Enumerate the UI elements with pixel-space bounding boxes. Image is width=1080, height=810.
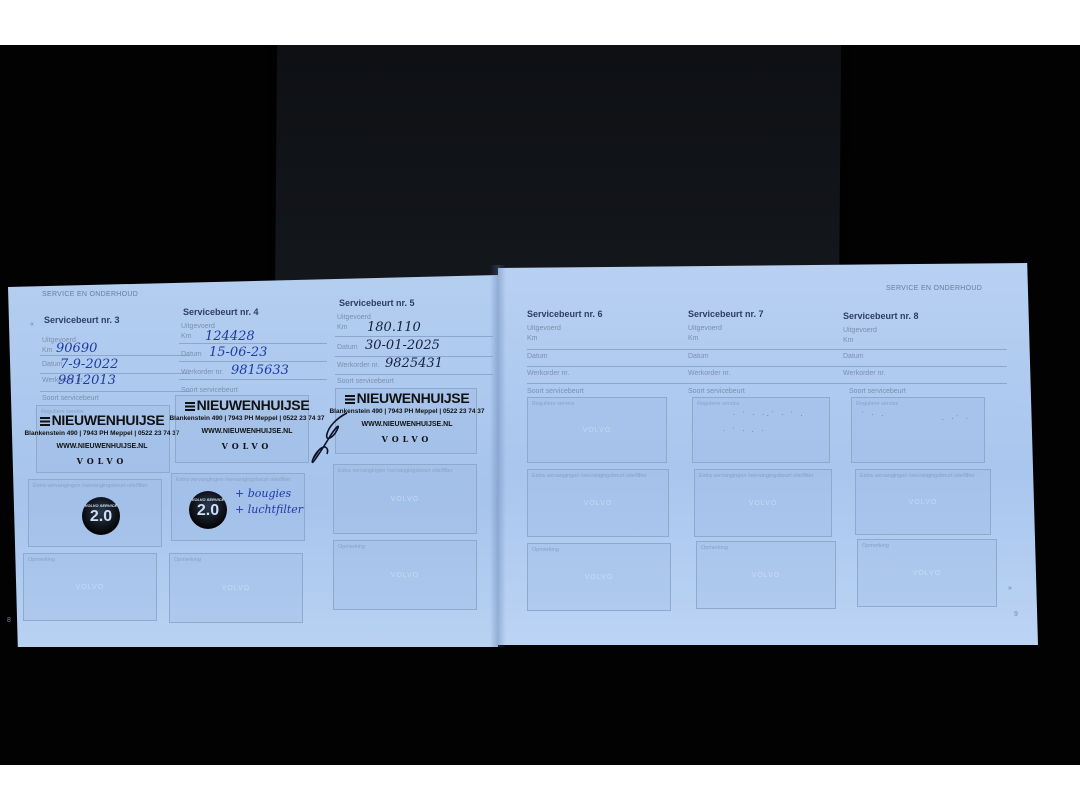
label-km: Km bbox=[337, 324, 348, 331]
label-km: Km bbox=[843, 337, 854, 344]
label-extra: Extra vervangingen /vervangingsbeurt oli… bbox=[33, 483, 148, 489]
label-uitgevoerd: Uitgevoerd bbox=[843, 327, 877, 334]
label-werkorder: Werkorder nr. bbox=[527, 370, 569, 377]
label-datum: Datum bbox=[688, 353, 709, 360]
label-extra: Extra vervangingen /vervangingsbeurt oli… bbox=[699, 473, 814, 479]
label-uitgevoerd: Uitgevoerd bbox=[688, 325, 722, 332]
stamp-volvo: VOLVO bbox=[167, 441, 327, 451]
stamp-brand: NIEUWENHUIJSE bbox=[52, 412, 165, 428]
stamp-brand: NIEUWENHUIJSE bbox=[357, 390, 470, 406]
label-regulier: Reguliere service bbox=[697, 401, 740, 407]
opmerking-box: Opmerking VOLVO bbox=[696, 541, 836, 609]
label-soort: Soort servicebeurt bbox=[849, 388, 906, 395]
flag-icon bbox=[40, 417, 50, 426]
watermark: VOLVO bbox=[858, 570, 996, 577]
signature-icon bbox=[307, 408, 367, 468]
label-datum: Datum bbox=[527, 353, 548, 360]
badge-num: 2.0 bbox=[82, 508, 120, 526]
extra-note-2: + luchtfilter bbox=[235, 503, 303, 516]
booklet-gutter bbox=[490, 265, 506, 647]
service-entry-5: Servicebeurt nr. 5 Uitgevoerd Km 180.110… bbox=[335, 298, 485, 608]
opmerking-box: Opmerking VOLVO bbox=[333, 540, 477, 610]
service-title: Servicebeurt nr. 5 bbox=[339, 298, 415, 308]
badge-num: 2.0 bbox=[189, 502, 227, 520]
stamp-url: WWW.NIEUWENHUIJSE.NL bbox=[167, 428, 327, 435]
label-werkorder: Werkorder nr. bbox=[337, 362, 379, 369]
km-value: 124428 bbox=[205, 329, 255, 344]
opmerking-box: Opmerking VOLVO bbox=[857, 539, 997, 607]
stamp-brand: NIEUWENHUIJSE bbox=[197, 397, 310, 413]
service-entry-6: Servicebeurt nr. 6 Uitgevoerd Km Datum W… bbox=[527, 309, 677, 609]
service-title: Servicebeurt nr. 7 bbox=[688, 309, 764, 319]
extra-box: Extra vervangingen /vervangingsbeurt oli… bbox=[694, 469, 832, 537]
label-opmerking: Opmerking bbox=[862, 543, 889, 549]
section-title-left: SERVICE EN ONDERHOUD bbox=[42, 291, 138, 298]
watermark: VOLVO bbox=[697, 572, 835, 579]
label-opmerking: Opmerking bbox=[701, 545, 728, 551]
service-title: Servicebeurt nr. 3 bbox=[44, 315, 120, 325]
stamp-volvo: VOLVO bbox=[22, 456, 182, 466]
regular-service-box: Reguliere service ˙ · . . ·˙ · bbox=[851, 397, 985, 463]
volvo-service-badge: VOLVO SERVICE 2.0 bbox=[82, 497, 120, 535]
label-regulier: Reguliere service bbox=[532, 401, 575, 407]
flag-icon bbox=[185, 402, 195, 411]
volvo-service-badge: VOLVO SERVICE 2.0 bbox=[189, 491, 227, 529]
watermark: VOLVO bbox=[528, 500, 668, 507]
extra-note-1: + bougies bbox=[235, 487, 291, 500]
label-km: Km bbox=[181, 333, 192, 340]
stamp-url: WWW.NIEUWENHUIJSE.NL bbox=[22, 443, 182, 450]
next-arrow-icon: » bbox=[1008, 585, 1012, 592]
watermark: VOLVO bbox=[170, 585, 302, 592]
datum-value: 7-9-2022 bbox=[60, 357, 118, 372]
label-km: Km bbox=[42, 347, 53, 354]
label-km: Km bbox=[527, 335, 538, 342]
dealer-stamp: NIEUWENHUIJSE Blankenstein 490 | 7943 PH… bbox=[22, 412, 182, 466]
label-uitgevoerd: Uitgevoerd bbox=[527, 325, 561, 332]
label-soort: Soort servicebeurt bbox=[181, 387, 238, 394]
photo-background: SERVICE EN ONDERHOUD SERVICE EN ONDERHOU… bbox=[0, 45, 1080, 765]
extra-box: Extra vervangingen /vervangingsbeurt oli… bbox=[855, 469, 991, 535]
datum-value: 15-06-23 bbox=[209, 345, 267, 360]
watermark: VOLVO bbox=[695, 500, 831, 507]
regular-service-box: Reguliere service VOLVO bbox=[527, 397, 667, 463]
label-opmerking: Opmerking bbox=[338, 544, 365, 550]
service-entry-7: Servicebeurt nr. 7 Uitgevoerd Km Datum W… bbox=[688, 309, 838, 609]
label-werkorder: Werkorder nr. bbox=[688, 370, 730, 377]
opmerking-box: Opmerking VOLVO bbox=[23, 553, 157, 621]
label-datum: Datum bbox=[843, 353, 864, 360]
label-soort: Soort servicebeurt bbox=[688, 388, 745, 395]
label-opmerking: Opmerking bbox=[28, 557, 55, 563]
label-soort: Soort servicebeurt bbox=[337, 378, 394, 385]
service-title: Servicebeurt nr. 4 bbox=[183, 307, 259, 317]
label-opmerking: Opmerking bbox=[532, 547, 559, 553]
extra-box: Extra vervangingen /vervangingsbeurt oli… bbox=[527, 469, 669, 537]
flag-icon bbox=[345, 395, 355, 404]
label-werkorder: Werkorder nr. bbox=[181, 369, 223, 376]
label-werkorder: Werkorder nr. bbox=[843, 370, 885, 377]
label-uitgevoerd: Uitgevoerd bbox=[337, 314, 371, 321]
page-number-right: 9 bbox=[1014, 611, 1018, 618]
werkorder-value: 9815633 bbox=[231, 363, 289, 378]
watermark: VOLVO bbox=[334, 572, 476, 579]
watermark: VOLVO bbox=[24, 584, 156, 591]
section-title-right: SERVICE EN ONDERHOUD bbox=[886, 285, 982, 292]
label-opmerking: Opmerking bbox=[174, 557, 201, 563]
stamp-address: Blankenstein 490 | 7943 PH Meppel | 0522… bbox=[167, 415, 327, 422]
watermark: VOLVO bbox=[334, 496, 476, 503]
dealer-stamp: NIEUWENHUIJSE Blankenstein 490 | 7943 PH… bbox=[167, 397, 327, 451]
km-value: 180.110 bbox=[367, 320, 421, 335]
label-km: Km bbox=[688, 335, 699, 342]
label-regulier: Reguliere service bbox=[856, 401, 899, 407]
label-soort: Soort servicebeurt bbox=[527, 388, 584, 395]
label-extra: Extra vervangingen /vervangingsbeurt oli… bbox=[860, 473, 975, 479]
watermark: VOLVO bbox=[856, 499, 990, 506]
opmerking-box: Opmerking VOLVO bbox=[169, 553, 303, 623]
page-number-left: 8 bbox=[7, 617, 11, 624]
label-soort: Soort servicebeurt bbox=[42, 395, 99, 402]
label-extra: Extra vervangingen /vervangingsbeurt oli… bbox=[176, 477, 291, 483]
label-extra: Extra vervangingen /vervangingsbeurt oli… bbox=[532, 473, 647, 479]
label-extra: Extra vervangingen /vervangingsbeurt oli… bbox=[338, 468, 453, 474]
opmerking-box: Opmerking VOLVO bbox=[527, 543, 671, 611]
service-entry-8: Servicebeurt nr. 8 Uitgevoerd Km Datum W… bbox=[843, 311, 993, 611]
extra-box: Extra vervangingen /vervangingsbeurt oli… bbox=[333, 464, 477, 534]
service-entry-4: Servicebeurt nr. 4 Uitgevoerd Km 124428 … bbox=[175, 307, 325, 607]
service-entry-3: Servicebeurt nr. 3 Uitgevoerd Km 90690 D… bbox=[30, 315, 180, 615]
label-datum: Datum bbox=[181, 351, 202, 358]
watermark: VOLVO bbox=[528, 427, 666, 434]
watermark: VOLVO bbox=[528, 574, 670, 581]
km-value: 90690 bbox=[56, 341, 97, 356]
label-datum: Datum bbox=[337, 344, 358, 351]
werkorder-value: 9825431 bbox=[385, 356, 443, 371]
datum-value: 30-01-2025 bbox=[365, 338, 440, 353]
werkorder-value: 9812013 bbox=[58, 373, 116, 388]
regular-service-box: Reguliere service · ˙ · ·.˙ · ˙ . · ˙ · … bbox=[692, 397, 830, 463]
stamp-address: Blankenstein 490 | 7943 PH Meppel | 0522… bbox=[22, 430, 182, 437]
service-title: Servicebeurt nr. 8 bbox=[843, 311, 919, 321]
service-title: Servicebeurt nr. 6 bbox=[527, 309, 603, 319]
